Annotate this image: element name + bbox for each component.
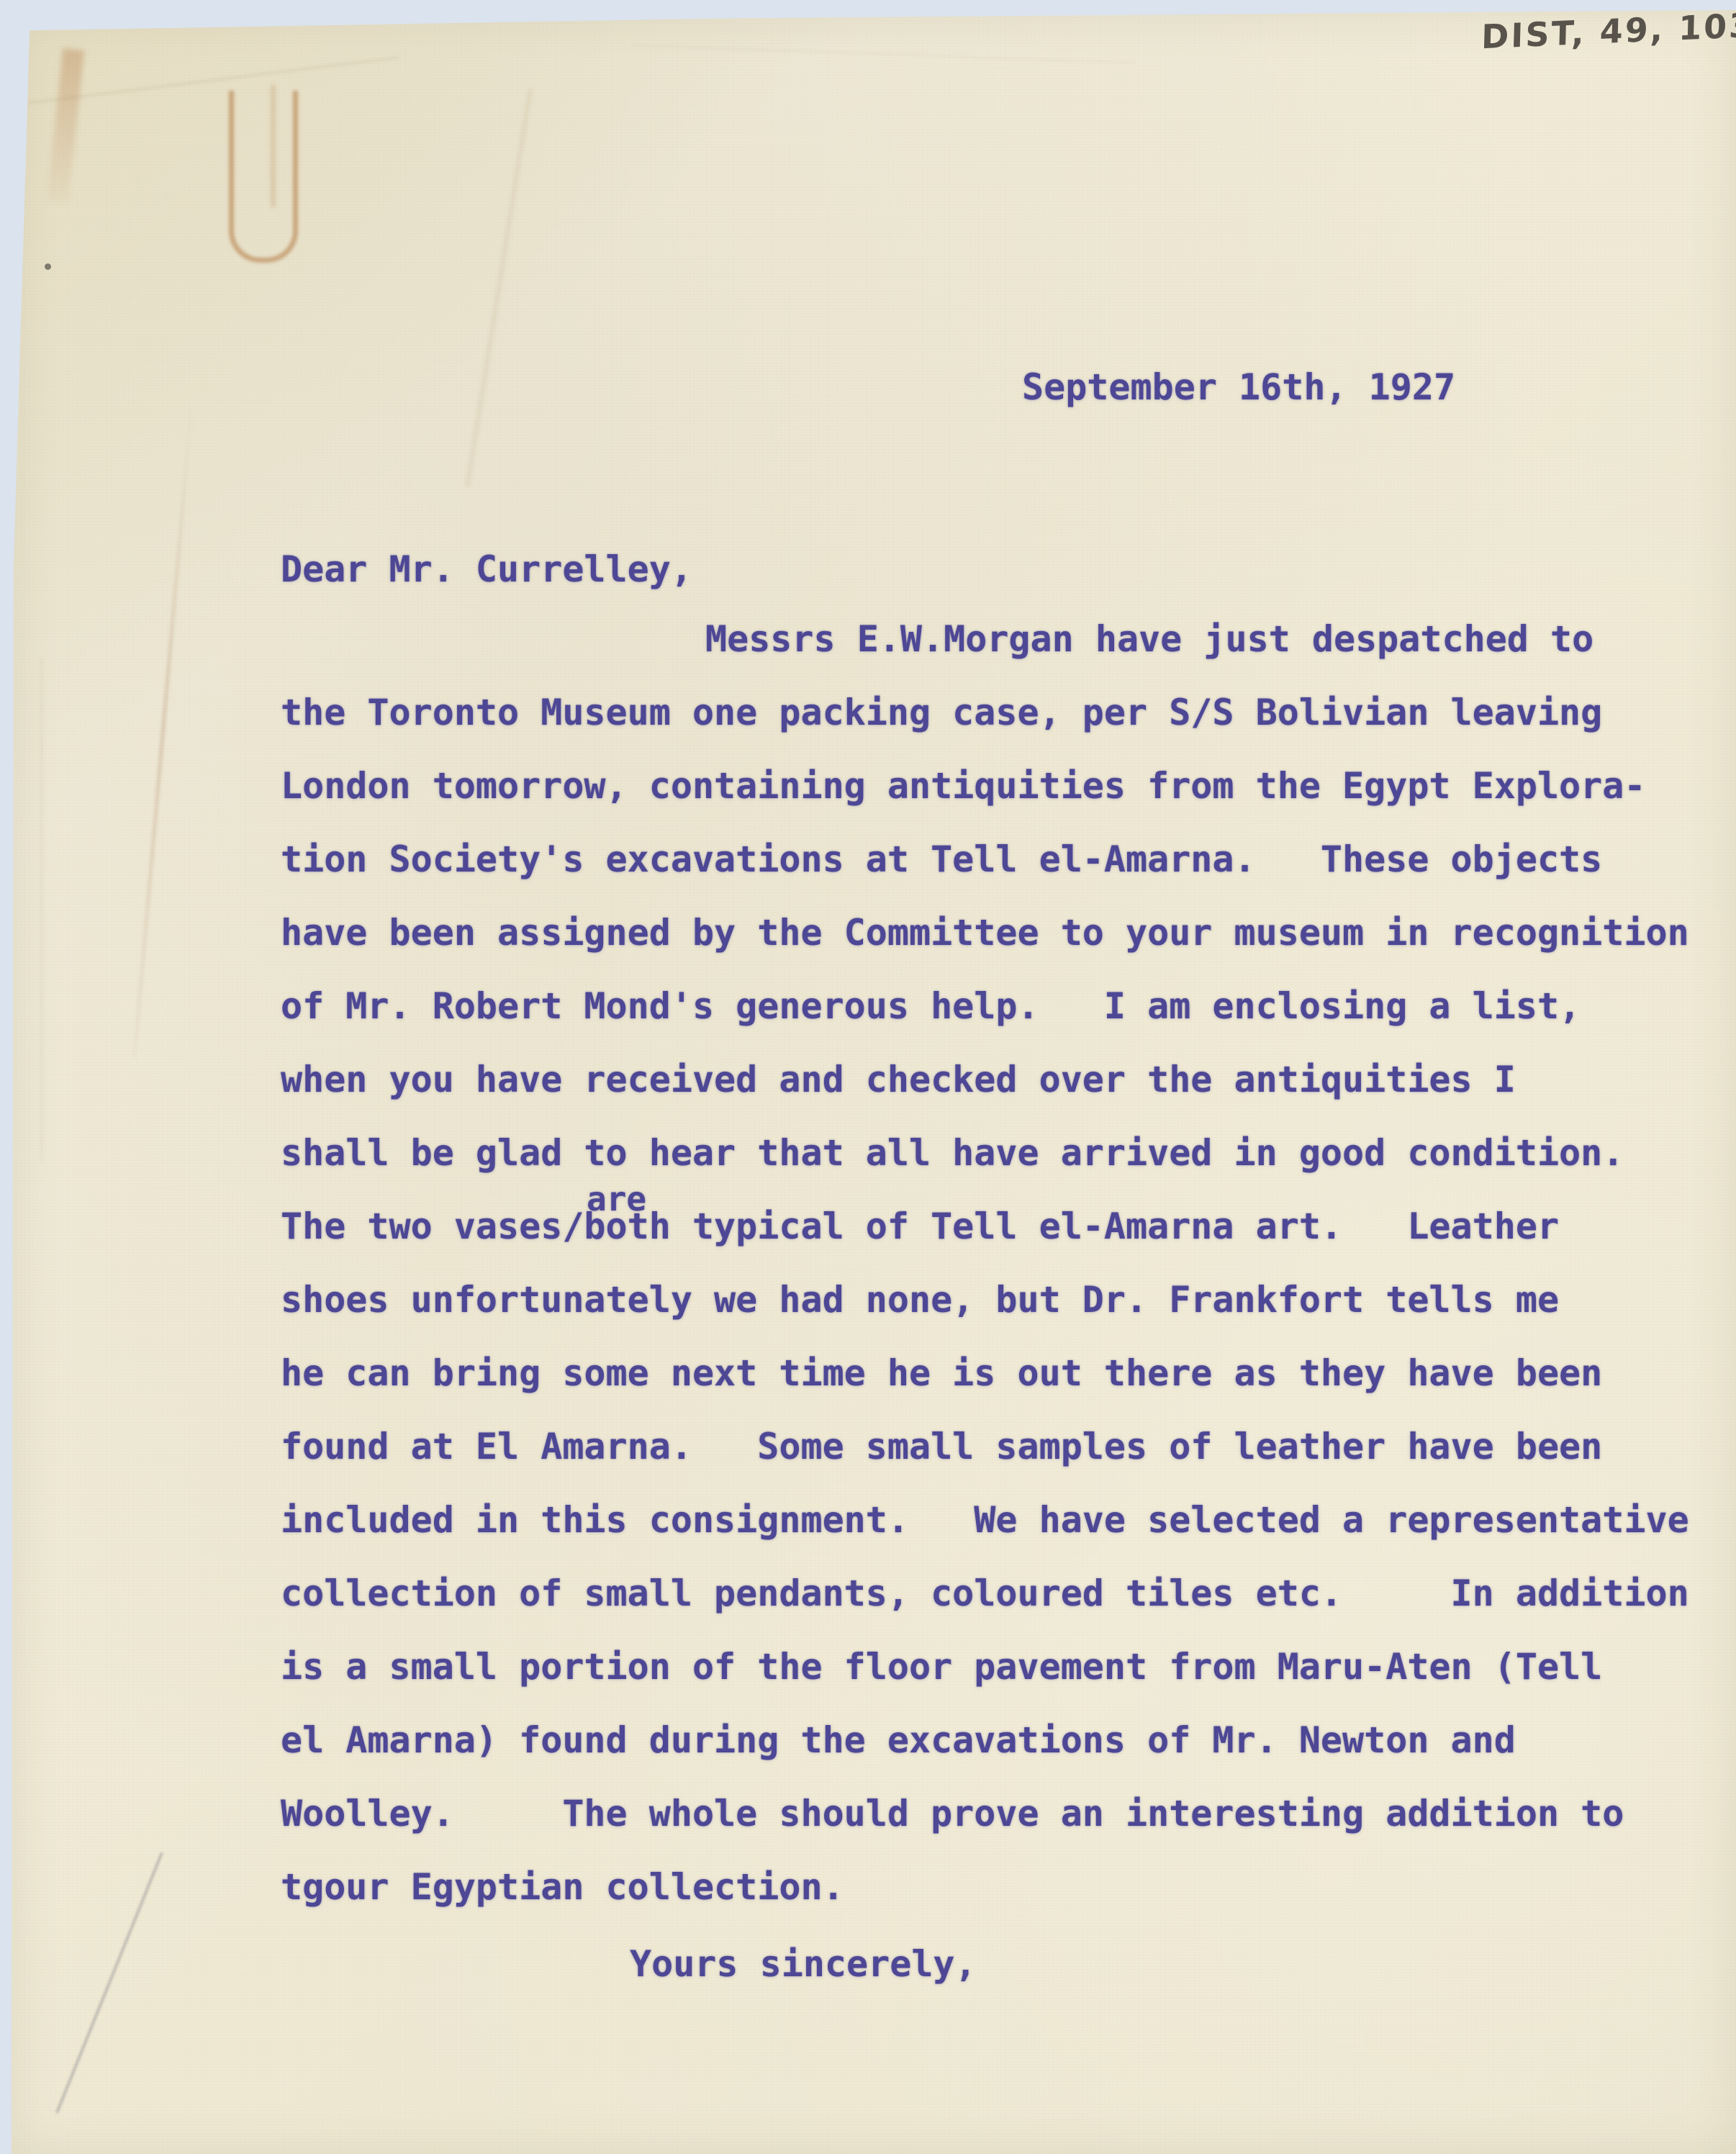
typed-line: of Mr. Robert Mond's generous help. I am… [281, 969, 1689, 1043]
paper-crease [27, 56, 399, 104]
typed-line: when you have received and checked over … [281, 1043, 1689, 1116]
paperclip-rust-stain [229, 91, 298, 263]
typed-line: Woolley. The whole should prove an inter… [281, 1777, 1689, 1850]
ink-dot [45, 263, 51, 270]
salutation: Dear Mr. Currelley, [281, 533, 692, 606]
typed-line: found at El Amarna. Some small samples o… [281, 1410, 1689, 1483]
scanned-letter-page: { "scan": { "archival_note": "DIST, 49, … [0, 0, 1736, 2154]
typed-line: shall be glad to hear that all have arri… [281, 1116, 1689, 1190]
typed-line: shoes unfortunately we had none, but Dr.… [281, 1263, 1689, 1336]
typed-line: London tomorrow, containing antiquities … [281, 749, 1689, 823]
letter-date: September 16th, 1927 [1022, 350, 1455, 424]
paper-crease [630, 45, 1134, 63]
typed-line: Messrs E.W.Morgan have just despatched t… [281, 602, 1689, 676]
typed-line: the Toronto Museum one packing case, per… [281, 676, 1689, 749]
interline-insertion: are [587, 1164, 646, 1234]
typed-line: collection of small pendants, coloured t… [281, 1557, 1689, 1630]
typed-line: el Amarna) found during the excavations … [281, 1703, 1689, 1777]
letter-body: Messrs E.W.Morgan have just despatched t… [281, 602, 1689, 1924]
typed-line: have been assigned by the Committee to y… [281, 896, 1689, 969]
typed-line: tgour Egyptian collection. [281, 1850, 1689, 1924]
typed-line: is a small portion of the floor pavement… [281, 1630, 1689, 1703]
typed-line: The two vases/both typical of Tell el-Am… [281, 1190, 1689, 1263]
closing: Yours sincerely, [630, 1927, 977, 2001]
paper-crease [40, 658, 42, 1162]
typed-line: he can bring some next time he is out th… [281, 1336, 1689, 1410]
typed-line: tion Society's excavations at Tell el-Am… [281, 823, 1689, 896]
typed-line: included in this consignment. We have se… [281, 1483, 1689, 1557]
